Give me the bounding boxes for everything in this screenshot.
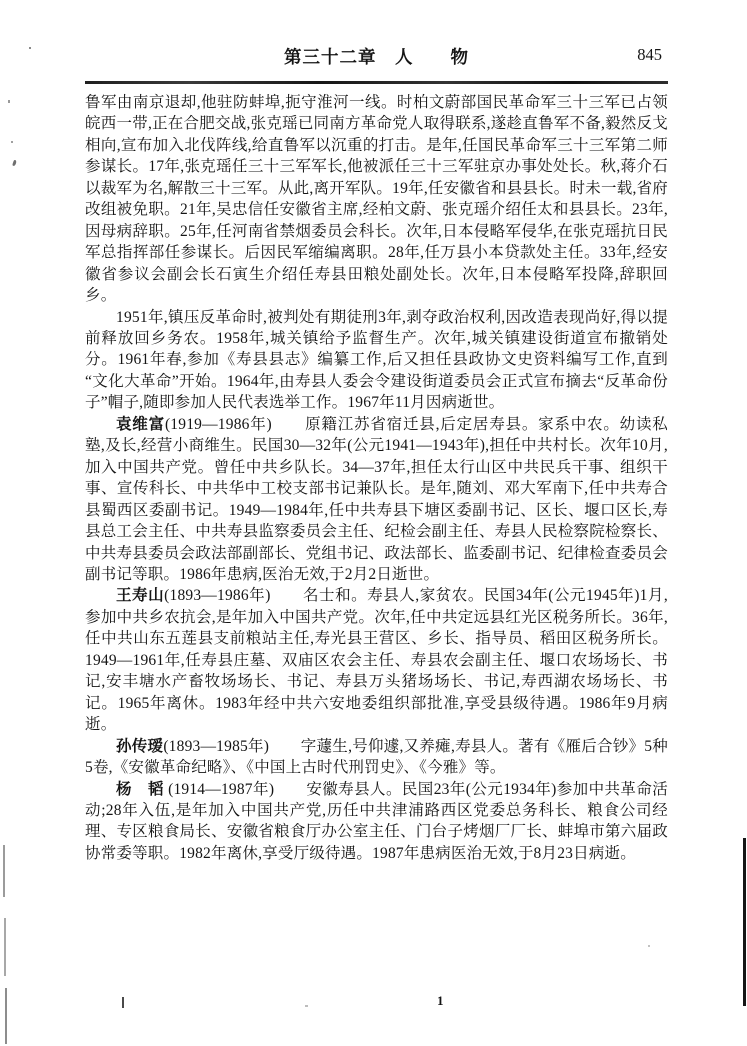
header-rule [85, 81, 668, 84]
biography-entry: 袁维富(1919—1986年) 原籍江苏省宿迁县,后定居寿县。家系中农。幼读私塾… [85, 414, 668, 586]
page-body: 鲁军由南京退却,他驻防蚌埠,扼守淮河一线。时柏文蔚部国民革命军三十三军已占领皖西… [85, 92, 668, 864]
scan-artifact [11, 141, 13, 143]
running-head: 第三十二章 人 物 845 [85, 44, 668, 72]
biography-entry: 杨 韬 (1914—1987年) 安徽寿县人。民国23年(公元1934年)参加中… [85, 779, 668, 865]
header-page-number: 845 [637, 45, 662, 65]
chapter-title: 第三十二章 人 物 [85, 44, 668, 69]
person-name: 袁维富 [116, 416, 165, 433]
entry-text: (1919—1986年) 原籍江苏省宿迁县,后定居寿县。家系中农。幼读私塾,及长… [85, 416, 668, 583]
paragraph: 1951年,镇压反革命时,被判处有期徒刑3年,剥夺政治权利,因改造表现尚好,得以… [85, 307, 668, 414]
entry-text: (1893—1986年) 名士和。寿县人,家贫农。民国34年(公元1945年)1… [85, 587, 668, 733]
entry-text: (1893—1985年) 字蘧生,号仰遽,又养瘫,寿县人。著有《雁后合钞》5种5… [85, 738, 668, 776]
scan-artifact [743, 838, 746, 1006]
biography-entry: 孙传瑷(1893—1985年) 字蘧生,号仰遽,又养瘫,寿县人。著有《雁后合钞》… [85, 736, 668, 779]
scan-artifact [5, 988, 7, 1044]
scan-artifact [12, 160, 17, 167]
scan-artifact [8, 100, 10, 103]
footer-page-number: 1 [437, 993, 444, 1009]
scan-artifact [648, 945, 650, 947]
scan-artifact [4, 918, 6, 976]
biography-entry: 王寿山(1893—1986年) 名士和。寿县人,家贫农。民国34年(公元1945… [85, 585, 668, 735]
scanned-book-page: 第三十二章 人 物 845 鲁军由南京退却,他驻防蚌埠,扼守淮河一线。时柏文蔚部… [0, 0, 747, 1046]
person-name: 王寿山 [116, 587, 164, 604]
scan-artifact [29, 47, 31, 49]
scan-artifact [305, 1005, 308, 1007]
person-name: 杨 韬 [116, 781, 164, 798]
entry-text: (1914—1987年) 安徽寿县人。民国23年(公元1934年)参加中共革命活… [85, 781, 668, 862]
page-content: 第三十二章 人 物 845 鲁军由南京退却,他驻防蚌埠,扼守淮河一线。时柏文蔚部… [85, 44, 668, 864]
paragraph-continuation: 鲁军由南京退却,他驻防蚌埠,扼守淮河一线。时柏文蔚部国民革命军三十三军已占领皖西… [85, 92, 668, 307]
scan-artifact [3, 845, 5, 897]
person-name: 孙传瑷 [116, 738, 163, 755]
scan-artifact [122, 997, 124, 1008]
